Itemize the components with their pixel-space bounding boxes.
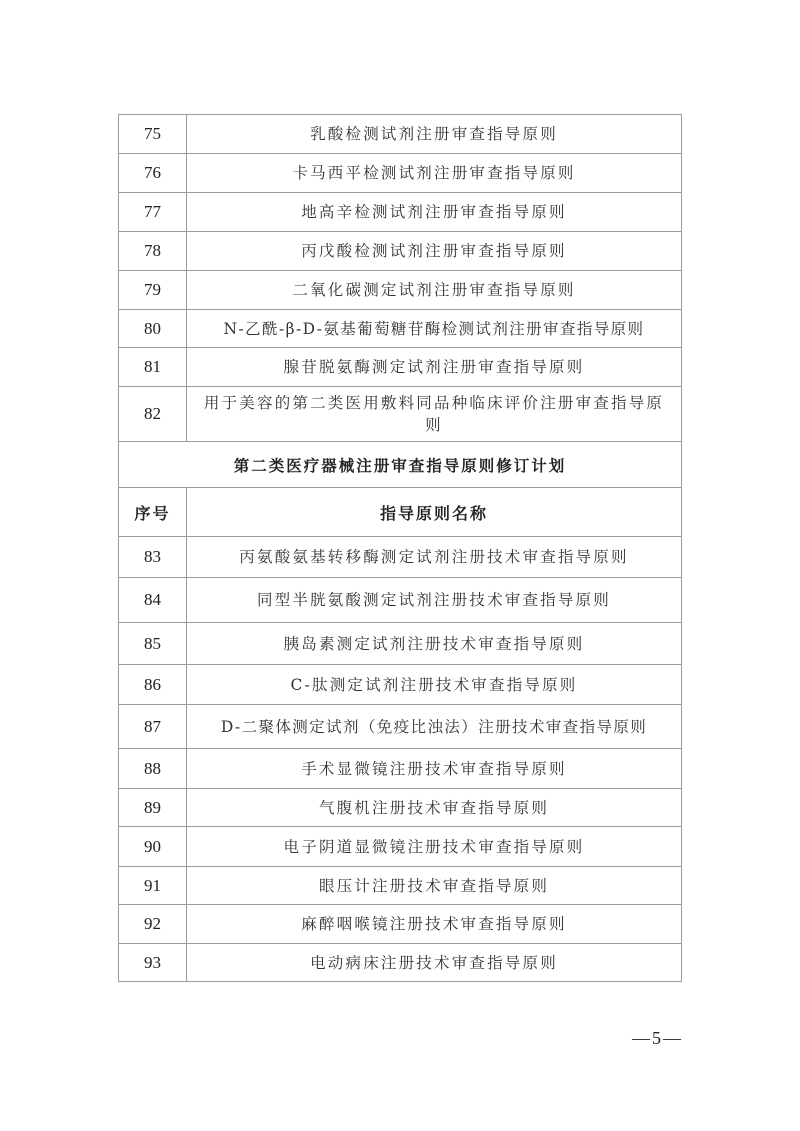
guideline-name: 二氧化碳测定试剂注册审查指导原则 — [187, 271, 682, 310]
row-number: 85 — [119, 623, 187, 665]
row-number: 79 — [119, 271, 187, 310]
row-number: 77 — [119, 193, 187, 232]
table-row: 87 D-二聚体测定试剂（免疫比浊法）注册技术审查指导原则 — [119, 705, 682, 749]
guideline-name: C-肽测定试剂注册技术审查指导原则 — [187, 665, 682, 705]
row-number: 88 — [119, 749, 187, 789]
table-row: 91 眼压计注册技术审查指导原则 — [119, 867, 682, 905]
column-header-number: 序号 — [119, 488, 187, 537]
row-number: 80 — [119, 310, 187, 348]
guideline-name: 电子阴道显微镜注册技术审查指导原则 — [187, 827, 682, 867]
row-number: 78 — [119, 232, 187, 271]
guideline-name: 手术显微镜注册技术审查指导原则 — [187, 749, 682, 789]
row-number: 87 — [119, 705, 187, 749]
row-number: 92 — [119, 905, 187, 944]
table-row: 90 电子阴道显微镜注册技术审查指导原则 — [119, 827, 682, 867]
table-row: 81 腺苷脱氨酶测定试剂注册审查指导原则 — [119, 348, 682, 387]
table-row: 82 用于美容的第二类医用敷料同品种临床评价注册审查指导原则 — [119, 387, 682, 442]
guideline-name: 丙戊酸检测试剂注册审查指导原则 — [187, 232, 682, 271]
table-row: 89 气腹机注册技术审查指导原则 — [119, 789, 682, 827]
page-number: —5— — [632, 1028, 683, 1049]
row-number: 82 — [119, 387, 187, 442]
row-number: 93 — [119, 944, 187, 982]
table-row: 92 麻醉咽喉镜注册技术审查指导原则 — [119, 905, 682, 944]
table-row: 80 N-乙酰-β-D-氨基葡萄糖苷酶检测试剂注册审查指导原则 — [119, 310, 682, 348]
guideline-name: 气腹机注册技术审查指导原则 — [187, 789, 682, 827]
guideline-name: 乳酸检测试剂注册审查指导原则 — [187, 115, 682, 154]
header-row: 序号 指导原则名称 — [119, 488, 682, 537]
guideline-name: 眼压计注册技术审查指导原则 — [187, 867, 682, 905]
guideline-name: 用于美容的第二类医用敷料同品种临床评价注册审查指导原则 — [187, 387, 682, 442]
guideline-name: 卡马西平检测试剂注册审查指导原则 — [187, 154, 682, 193]
table-row: 78 丙戊酸检测试剂注册审查指导原则 — [119, 232, 682, 271]
guideline-name: D-二聚体测定试剂（免疫比浊法）注册技术审查指导原则 — [187, 705, 682, 749]
row-number: 91 — [119, 867, 187, 905]
table-row: 83 丙氨酸氨基转移酶测定试剂注册技术审查指导原则 — [119, 537, 682, 578]
row-number: 75 — [119, 115, 187, 154]
table-row: 75 乳酸检测试剂注册审查指导原则 — [119, 115, 682, 154]
row-number: 83 — [119, 537, 187, 578]
guideline-name: 电动病床注册技术审查指导原则 — [187, 944, 682, 982]
section-title: 第二类医疗器械注册审查指导原则修订计划 — [119, 442, 682, 488]
table-row: 86 C-肽测定试剂注册技术审查指导原则 — [119, 665, 682, 705]
table-row: 79 二氧化碳测定试剂注册审查指导原则 — [119, 271, 682, 310]
guideline-name: 地高辛检测试剂注册审查指导原则 — [187, 193, 682, 232]
guideline-name: 腺苷脱氨酶测定试剂注册审查指导原则 — [187, 348, 682, 387]
table-row: 84 同型半胱氨酸测定试剂注册技术审查指导原则 — [119, 578, 682, 623]
table-row: 85 胰岛素测定试剂注册技术审查指导原则 — [119, 623, 682, 665]
row-number: 76 — [119, 154, 187, 193]
column-header-name: 指导原则名称 — [187, 488, 682, 537]
row-number: 81 — [119, 348, 187, 387]
table-row: 93 电动病床注册技术审查指导原则 — [119, 944, 682, 982]
guideline-name: N-乙酰-β-D-氨基葡萄糖苷酶检测试剂注册审查指导原则 — [187, 310, 682, 348]
row-number: 84 — [119, 578, 187, 623]
table-row: 76 卡马西平检测试剂注册审查指导原则 — [119, 154, 682, 193]
row-number: 90 — [119, 827, 187, 867]
row-number: 89 — [119, 789, 187, 827]
guideline-name: 胰岛素测定试剂注册技术审查指导原则 — [187, 623, 682, 665]
guideline-name: 同型半胱氨酸测定试剂注册技术审查指导原则 — [187, 578, 682, 623]
table-row: 77 地高辛检测试剂注册审查指导原则 — [119, 193, 682, 232]
table-row: 88 手术显微镜注册技术审查指导原则 — [119, 749, 682, 789]
guideline-name: 丙氨酸氨基转移酶测定试剂注册技术审查指导原则 — [187, 537, 682, 578]
guideline-name: 麻醉咽喉镜注册技术审查指导原则 — [187, 905, 682, 944]
row-number: 86 — [119, 665, 187, 705]
section-title-row: 第二类医疗器械注册审查指导原则修订计划 — [119, 442, 682, 488]
guideline-table: 75 乳酸检测试剂注册审查指导原则 76 卡马西平检测试剂注册审查指导原则 77… — [118, 114, 682, 982]
